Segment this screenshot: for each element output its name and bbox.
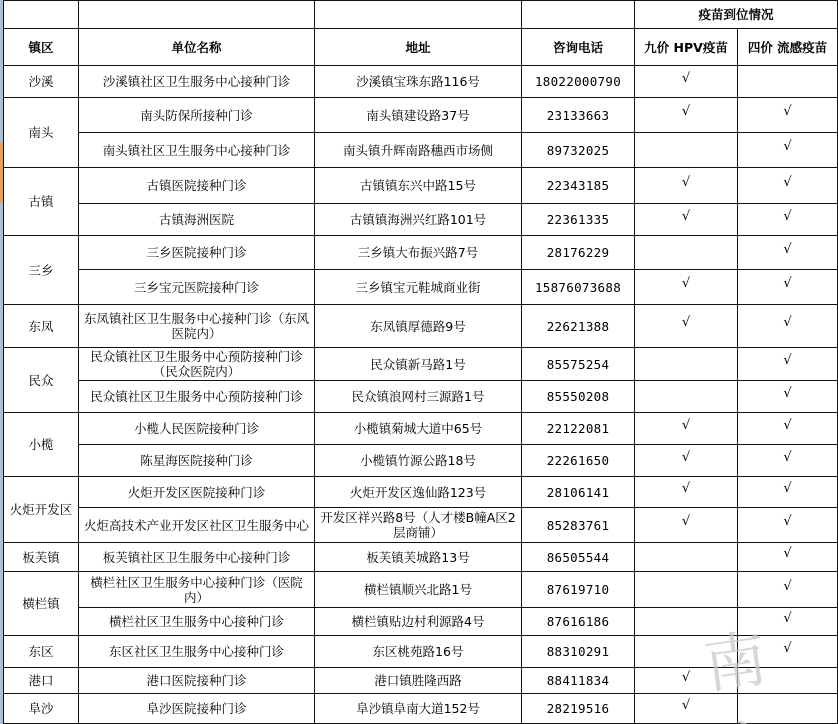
address-cell: 小榄镇菊城大道中65号 <box>315 413 522 445</box>
address-cell: 板芙镇芙城路13号 <box>315 543 522 572</box>
table-row: 沙溪沙溪镇社区卫生服务中心接种门诊沙溪镇宝珠东路116号18022000790√ <box>4 66 838 98</box>
phone-cell: 89732025 <box>522 133 635 168</box>
phone-cell: 85283761 <box>522 508 635 543</box>
hpv9-status-cell <box>635 636 738 668</box>
hpv9-status-cell: √ <box>635 508 738 543</box>
hpv9-status-cell: √ <box>635 98 738 133</box>
unit-name-cell: 板芙镇社区卫生服务中心接种门诊 <box>79 543 315 572</box>
flu4-status-cell: √ <box>738 508 838 543</box>
unit-name-cell: 火炬高技术产业开发区社区卫生服务中心 <box>79 508 315 543</box>
unit-name-cell: 民众镇社区卫生服务中心预防接种门诊（民众医院内） <box>79 348 315 381</box>
check-mark-icon: √ <box>783 353 791 368</box>
town-cell: 板芙镇 <box>4 543 79 572</box>
hpv9-status-cell <box>635 608 738 636</box>
header-vaccine-status: 疫苗到位情况 <box>635 1 838 29</box>
town-cell: 横栏镇 <box>4 572 79 636</box>
hpv9-status-cell <box>635 381 738 413</box>
check-mark-icon: √ <box>783 641 791 656</box>
flu4-status-cell <box>738 668 838 694</box>
address-cell: 三乡镇大布振兴路7号 <box>315 236 522 270</box>
hpv9-status-cell <box>635 236 738 270</box>
flu4-status-cell: √ <box>738 543 838 572</box>
hpv9-status-cell: √ <box>635 66 738 98</box>
town-cell: 南头 <box>4 98 79 168</box>
flu4-status-cell: √ <box>738 636 838 668</box>
hpv9-status-cell: √ <box>635 477 738 508</box>
unit-name-cell: 三乡医院接种门诊 <box>79 236 315 270</box>
flu4-status-cell: √ <box>738 381 838 413</box>
check-mark-icon: √ <box>783 611 791 626</box>
unit-name-cell: 小榄人民医院接种门诊 <box>79 413 315 445</box>
phone-cell: 88310291 <box>522 636 635 668</box>
flu4-status-cell: √ <box>738 348 838 381</box>
unit-name-cell: 民众镇社区卫生服务中心预防接种门诊 <box>79 381 315 413</box>
hpv9-status-cell: √ <box>635 305 738 348</box>
address-cell: 南头镇升辉南路穗西市场侧 <box>315 133 522 168</box>
header-row-group: 疫苗到位情况 <box>4 1 838 29</box>
header-blank-phone <box>522 1 635 29</box>
phone-cell: 28176229 <box>522 236 635 270</box>
flu4-status-cell: √ <box>738 413 838 445</box>
check-mark-icon: √ <box>682 276 690 291</box>
check-mark-icon: √ <box>682 418 690 433</box>
phone-cell: 85550208 <box>522 381 635 413</box>
address-cell: 横栏镇贴边村利源路4号 <box>315 608 522 636</box>
table-row: 火炬高技术产业开发区社区卫生服务中心开发区祥兴路8号（人才楼B幢A区2层商铺）8… <box>4 508 838 543</box>
unit-name-cell: 三乡宝元医院接种门诊 <box>79 270 315 305</box>
flu4-status-cell: √ <box>738 236 838 270</box>
unit-name-cell: 南头镇社区卫生服务中心接种门诊 <box>79 133 315 168</box>
table-row: 古镇海洲医院古镇镇海洲兴红路101号22361335√√ <box>4 204 838 236</box>
address-cell: 阜沙镇阜南大道152号 <box>315 694 522 724</box>
address-cell: 开发区祥兴路8号（人才楼B幢A区2层商铺） <box>315 508 522 543</box>
town-cell: 古镇 <box>4 168 79 236</box>
phone-cell: 22343185 <box>522 168 635 204</box>
check-mark-icon: √ <box>783 209 791 224</box>
hpv9-status-cell <box>635 543 738 572</box>
check-mark-icon: √ <box>682 481 690 496</box>
table-row: 阜沙阜沙医院接种门诊阜沙镇阜南大道152号28219516√ <box>4 694 838 724</box>
table-row: 横栏镇横栏社区卫生服务中心接种门诊（医院内）横栏镇顺兴北路1号87619710√ <box>4 572 838 608</box>
hpv9-status-cell: √ <box>635 168 738 204</box>
address-cell: 小榄镇竹源公路18号 <box>315 445 522 477</box>
check-mark-icon: √ <box>682 315 690 330</box>
town-cell: 阜沙 <box>4 694 79 724</box>
header-hpv9: 九价 HPV疫苗 <box>635 29 738 66</box>
table-row: 三乡三乡医院接种门诊三乡镇大布振兴路7号28176229√ <box>4 236 838 270</box>
check-mark-icon: √ <box>783 450 791 465</box>
header-phone: 咨询电话 <box>522 29 635 66</box>
unit-name-cell: 古镇医院接种门诊 <box>79 168 315 204</box>
flu4-status-cell <box>738 694 838 724</box>
hpv9-status-cell: √ <box>635 668 738 694</box>
table-row: 古镇古镇医院接种门诊古镇镇东兴中路15号22343185√√ <box>4 168 838 204</box>
table-row: 港口港口医院接种门诊港口镇胜隆西路88411834√ <box>4 668 838 694</box>
phone-cell: 22361335 <box>522 204 635 236</box>
header-blank-unit <box>79 1 315 29</box>
vaccine-availability-table: 疫苗到位情况 镇区 单位名称 地址 咨询电话 九价 HPV疫苗 四价 流感疫苗 … <box>3 0 838 724</box>
address-cell: 火炬开发区逸仙路123号 <box>315 477 522 508</box>
check-mark-icon: √ <box>783 276 791 291</box>
table-row: 陈星海医院接种门诊小榄镇竹源公路18号22261650√√ <box>4 445 838 477</box>
phone-cell: 28106141 <box>522 477 635 508</box>
hpv9-status-cell: √ <box>635 445 738 477</box>
flu4-status-cell: √ <box>738 608 838 636</box>
phone-cell: 18022000790 <box>522 66 635 98</box>
unit-name-cell: 沙溪镇社区卫生服务中心接种门诊 <box>79 66 315 98</box>
unit-name-cell: 东区社区卫生服务中心接种门诊 <box>79 636 315 668</box>
flu4-status-cell: √ <box>738 204 838 236</box>
flu4-status-cell: √ <box>738 305 838 348</box>
phone-cell: 22261650 <box>522 445 635 477</box>
unit-name-cell: 横栏社区卫生服务中心接种门诊（医院内） <box>79 572 315 608</box>
check-mark-icon: √ <box>682 71 690 86</box>
address-cell: 民众镇浪网村三源路1号 <box>315 381 522 413</box>
check-mark-icon: √ <box>783 386 791 401</box>
address-cell: 民众镇新马路1号 <box>315 348 522 381</box>
address-cell: 东区桃苑路16号 <box>315 636 522 668</box>
phone-cell: 22621388 <box>522 305 635 348</box>
check-mark-icon: √ <box>783 175 791 190</box>
table-row: 板芙镇板芙镇社区卫生服务中心接种门诊板芙镇芙城路13号86505544√ <box>4 543 838 572</box>
table-row: 南头镇社区卫生服务中心接种门诊南头镇升辉南路穗西市场侧89732025√ <box>4 133 838 168</box>
flu4-status-cell: √ <box>738 168 838 204</box>
unit-name-cell: 陈星海医院接种门诊 <box>79 445 315 477</box>
hpv9-status-cell: √ <box>635 694 738 724</box>
town-cell: 三乡 <box>4 236 79 305</box>
address-cell: 古镇镇东兴中路15号 <box>315 168 522 204</box>
check-mark-icon: √ <box>783 418 791 433</box>
check-mark-icon: √ <box>783 315 791 330</box>
flu4-status-cell: √ <box>738 572 838 608</box>
table-row: 民众民众镇社区卫生服务中心预防接种门诊（民众医院内）民众镇新马路1号855752… <box>4 348 838 381</box>
header-address: 地址 <box>315 29 522 66</box>
header-blank-town <box>4 1 79 29</box>
flu4-status-cell <box>738 66 838 98</box>
address-cell: 沙溪镇宝珠东路116号 <box>315 66 522 98</box>
check-mark-icon: √ <box>682 104 690 119</box>
check-mark-icon: √ <box>682 670 690 685</box>
town-cell: 沙溪 <box>4 66 79 98</box>
phone-cell: 87619710 <box>522 572 635 608</box>
unit-name-cell: 南头防保所接种门诊 <box>79 98 315 133</box>
check-mark-icon: √ <box>783 579 791 594</box>
phone-cell: 88411834 <box>522 668 635 694</box>
flu4-status-cell: √ <box>738 133 838 168</box>
header-row-columns: 镇区 单位名称 地址 咨询电话 九价 HPV疫苗 四价 流感疫苗 <box>4 29 838 66</box>
check-mark-icon: √ <box>783 104 791 119</box>
unit-name-cell: 火炬开发区医院接种门诊 <box>79 477 315 508</box>
town-cell: 小榄 <box>4 413 79 477</box>
check-mark-icon: √ <box>783 546 791 561</box>
town-cell: 火炬开发区 <box>4 477 79 543</box>
phone-cell: 87616186 <box>522 608 635 636</box>
table-row: 火炬开发区火炬开发区医院接种门诊火炬开发区逸仙路123号28106141√√ <box>4 477 838 508</box>
hpv9-status-cell: √ <box>635 270 738 305</box>
phone-cell: 22122081 <box>522 413 635 445</box>
town-cell: 民众 <box>4 348 79 413</box>
unit-name-cell: 港口医院接种门诊 <box>79 668 315 694</box>
hpv9-status-cell: √ <box>635 413 738 445</box>
address-cell: 横栏镇顺兴北路1号 <box>315 572 522 608</box>
check-mark-icon: √ <box>682 175 690 190</box>
flu4-status-cell: √ <box>738 445 838 477</box>
phone-cell: 28219516 <box>522 694 635 724</box>
address-cell: 三乡镇宝元鞋城商业街 <box>315 270 522 305</box>
town-cell: 东区 <box>4 636 79 668</box>
check-mark-icon: √ <box>783 242 791 257</box>
phone-cell: 86505544 <box>522 543 635 572</box>
phone-cell: 23133663 <box>522 98 635 133</box>
table-row: 横栏社区卫生服务中心接种门诊横栏镇贴边村利源路4号87616186√ <box>4 608 838 636</box>
table-row: 小榄小榄人民医院接种门诊小榄镇菊城大道中65号22122081√√ <box>4 413 838 445</box>
hpv9-status-cell <box>635 348 738 381</box>
check-mark-icon: √ <box>682 450 690 465</box>
unit-name-cell: 东凤镇社区卫生服务中心接种门诊（东风医院内） <box>79 305 315 348</box>
unit-name-cell: 阜沙医院接种门诊 <box>79 694 315 724</box>
check-mark-icon: √ <box>783 514 791 529</box>
phone-cell: 85575254 <box>522 348 635 381</box>
header-blank-address <box>315 1 522 29</box>
unit-name-cell: 古镇海洲医院 <box>79 204 315 236</box>
address-cell: 古镇镇海洲兴红路101号 <box>315 204 522 236</box>
phone-cell: 15876073688 <box>522 270 635 305</box>
check-mark-icon: √ <box>682 698 690 713</box>
flu4-status-cell: √ <box>738 98 838 133</box>
hpv9-status-cell: √ <box>635 204 738 236</box>
table-row: 南头南头防保所接种门诊南头镇建设路37号23133663√√ <box>4 98 838 133</box>
header-unit-name: 单位名称 <box>79 29 315 66</box>
header-town: 镇区 <box>4 29 79 66</box>
table-row: 东区东区社区卫生服务中心接种门诊东区桃苑路16号88310291√ <box>4 636 838 668</box>
check-mark-icon: √ <box>783 139 791 154</box>
table-row: 三乡宝元医院接种门诊三乡镇宝元鞋城商业街15876073688√√ <box>4 270 838 305</box>
check-mark-icon: √ <box>783 481 791 496</box>
flu4-status-cell: √ <box>738 270 838 305</box>
check-mark-icon: √ <box>682 209 690 224</box>
town-cell: 东凤 <box>4 305 79 348</box>
hpv9-status-cell <box>635 572 738 608</box>
table-row: 民众镇社区卫生服务中心预防接种门诊民众镇浪网村三源路1号85550208√ <box>4 381 838 413</box>
address-cell: 东凤镇厚德路9号 <box>315 305 522 348</box>
header-flu4: 四价 流感疫苗 <box>738 29 838 66</box>
address-cell: 南头镇建设路37号 <box>315 98 522 133</box>
town-cell: 港口 <box>4 668 79 694</box>
address-cell: 港口镇胜隆西路 <box>315 668 522 694</box>
flu4-status-cell: √ <box>738 477 838 508</box>
table-row: 东凤东凤镇社区卫生服务中心接种门诊（东风医院内）东凤镇厚德路9号22621388… <box>4 305 838 348</box>
hpv9-status-cell <box>635 133 738 168</box>
unit-name-cell: 横栏社区卫生服务中心接种门诊 <box>79 608 315 636</box>
check-mark-icon: √ <box>682 514 690 529</box>
